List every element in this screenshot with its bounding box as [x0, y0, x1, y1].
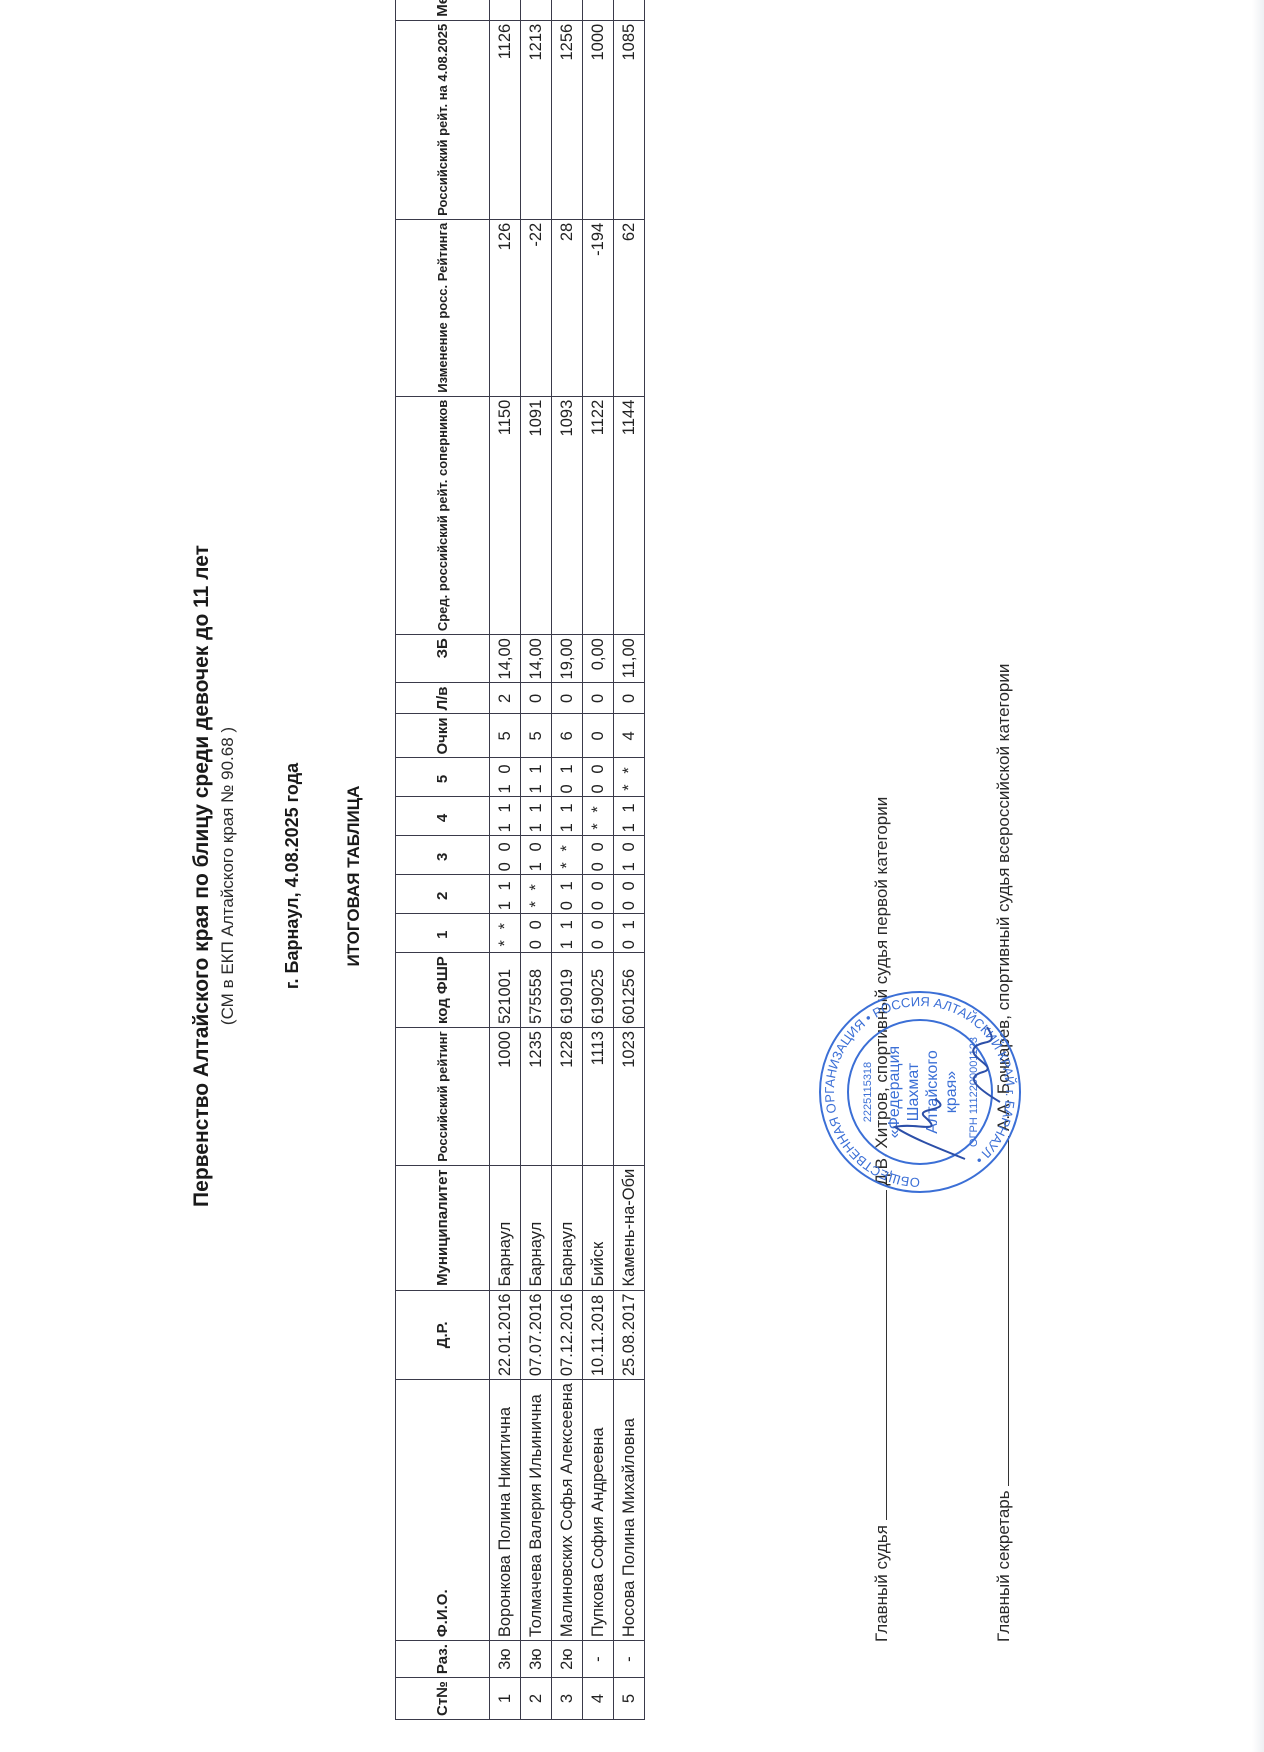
cell-points: 4	[614, 714, 645, 758]
cell-rank: 3ю	[521, 1641, 552, 1678]
cell-name: Пупкова София Андреевна	[583, 1380, 614, 1641]
table-row: 5-Носова Полина Михайловна25.08.2017Каме…	[614, 0, 645, 1720]
cell-round-5: 1 1	[521, 758, 552, 797]
cell-municipality: Барнаул	[552, 1165, 583, 1290]
cell-points: 5	[490, 714, 521, 758]
table-row: 13юВоронкова Полина Никитична22.01.2016Б…	[490, 0, 521, 1720]
cell-rus-rating: 1023	[614, 1028, 645, 1166]
table-row: 32юМалиновских Софья Алексеевна07.12.201…	[552, 0, 583, 1720]
cell-round-3: 0 0	[490, 836, 521, 875]
cell-zb: 19,00	[552, 635, 583, 683]
cell-avg-opponent-rating: 1091	[521, 396, 552, 634]
cell-round-4: 1 1	[614, 797, 645, 836]
cell-municipality: Барнаул	[521, 1165, 552, 1290]
cell-place: 2	[490, 0, 521, 20]
cell-name: Воронкова Полина Никитична	[490, 1380, 521, 1641]
table-row: 4-Пупкова София Андреевна10.11.2018Бийск…	[583, 0, 614, 1720]
stamp-center-line-1: «Федерация	[886, 1046, 903, 1138]
cell-birthdate: 22.01.2016	[490, 1290, 521, 1380]
cell-rating-change: -194	[583, 219, 614, 396]
cell-birthdate: 10.11.2018	[583, 1290, 614, 1380]
cell-birthdate: 07.07.2016	[521, 1290, 552, 1380]
cell-rank: -	[614, 1641, 645, 1678]
cell-zb: 14,00	[490, 635, 521, 683]
cell-rus-rating: 1228	[552, 1028, 583, 1166]
cell-round-5: * *	[614, 758, 645, 797]
col-header-num: Ст№	[396, 1678, 490, 1720]
cell-round-5: 1 0	[490, 758, 521, 797]
cell-num: 4	[583, 1678, 614, 1720]
results-table-body: 13юВоронкова Полина Никитична22.01.2016Б…	[490, 0, 645, 1720]
cell-round-2: * *	[521, 875, 552, 914]
cell-points: 6	[552, 714, 583, 758]
cell-round-3: 1 0	[521, 836, 552, 875]
cell-points: 0	[583, 714, 614, 758]
cell-avg-opponent-rating: 1144	[614, 396, 645, 634]
cell-lv: 2	[490, 683, 521, 714]
cell-num: 1	[490, 1678, 521, 1720]
cell-lv: 0	[552, 683, 583, 714]
col-header-new-rating: Российский рейт. на 4.08.2025	[396, 20, 490, 219]
col-header-round-5: 5	[396, 758, 490, 797]
cell-place: 1	[552, 0, 583, 20]
cell-place: 4	[614, 0, 645, 20]
col-header-municipality: Муниципалитет	[396, 1165, 490, 1290]
cell-round-2: 0 0	[614, 875, 645, 914]
cell-place: 5	[583, 0, 614, 20]
stamp-center-line-2: Шахмат	[905, 1062, 922, 1121]
col-header-lv: Л/в	[396, 683, 490, 714]
cell-rus-rating: 1000	[490, 1028, 521, 1166]
col-header-rank: Раз.	[396, 1641, 490, 1678]
organization-stamp: ОБЩЕСТВЕННАЯ ОРГАНИЗАЦИЯ • РОССИЯ АЛТАЙС…	[815, 987, 1025, 1197]
scan-edge-shadow	[1252, 0, 1264, 1752]
col-header-round-3: 3	[396, 836, 490, 875]
col-header-birthdate: Д.Р.	[396, 1290, 490, 1380]
place-and-date: г. Барнаул, 4.08.2025 года	[282, 0, 303, 1752]
chief-judge-label: Главный судья	[872, 1525, 891, 1642]
cell-points: 5	[521, 714, 552, 758]
cell-name: Толмачева Валерия Ильинична	[521, 1380, 552, 1641]
cell-round-4: * *	[583, 797, 614, 836]
col-header-place: Место	[396, 0, 490, 20]
cell-round-2: 0 1	[552, 875, 583, 914]
cell-rating-change: 126	[490, 219, 521, 396]
table-header-row: Ст№ Раз. Ф.И.О. Д.Р. Муниципалитет Росси…	[396, 0, 490, 1720]
cell-round-4: 1 1	[521, 797, 552, 836]
cell-avg-opponent-rating: 1093	[552, 396, 583, 634]
cell-place: 3	[521, 0, 552, 20]
cell-round-4: 1 1	[490, 797, 521, 836]
col-header-name: Ф.И.О.	[396, 1380, 490, 1641]
cell-fshr-code: 575558	[521, 953, 552, 1028]
scanned-document-page: Первенство Алтайского края по блицу сред…	[0, 0, 1264, 1752]
col-header-round-2: 2	[396, 875, 490, 914]
cell-avg-opponent-rating: 1150	[490, 396, 521, 634]
cell-round-2: 1 1	[490, 875, 521, 914]
col-header-points: Очки	[396, 714, 490, 758]
col-header-round-1: 1	[396, 914, 490, 953]
cell-round-3: 0 0	[583, 836, 614, 875]
cell-rus-rating: 1113	[583, 1028, 614, 1166]
cell-name: Малиновских Софья Алексеевна	[552, 1380, 583, 1641]
cell-rank: 3ю	[490, 1641, 521, 1678]
cell-round-1: 0 0	[521, 914, 552, 953]
cell-fshr-code: 619025	[583, 953, 614, 1028]
signature-line	[886, 1190, 887, 1520]
cell-municipality: Барнаул	[490, 1165, 521, 1290]
stamp-center-line-3: Алтайского	[924, 1050, 941, 1134]
results-table: Ст№ Раз. Ф.И.О. Д.Р. Муниципалитет Росси…	[395, 0, 645, 1720]
cell-round-1: 1 1	[552, 914, 583, 953]
cell-num: 5	[614, 1678, 645, 1720]
cell-birthdate: 07.12.2016	[552, 1290, 583, 1380]
col-header-rating-change: Изменение росс. Рейтинга	[396, 219, 490, 396]
cell-round-1: 0 0	[583, 914, 614, 953]
cell-municipality: Камень-на-Оби	[614, 1165, 645, 1290]
col-header-rus-rating: Российский рейтинг	[396, 1028, 490, 1166]
cell-num: 3	[552, 1678, 583, 1720]
cell-num: 2	[521, 1678, 552, 1720]
cell-municipality: Бийск	[583, 1165, 614, 1290]
cell-fshr-code: 521001	[490, 953, 521, 1028]
col-header-round-4: 4	[396, 797, 490, 836]
cell-round-1: * *	[490, 914, 521, 953]
cell-lv: 0	[521, 683, 552, 714]
cell-round-2: 0 0	[583, 875, 614, 914]
col-header-zb: ЗБ	[396, 635, 490, 683]
cell-birthdate: 25.08.2017	[614, 1290, 645, 1380]
cell-new-rating: 1213	[521, 20, 552, 219]
cell-round-3: 1 0	[614, 836, 645, 875]
cell-new-rating: 1000	[583, 20, 614, 219]
cell-new-rating: 1256	[552, 20, 583, 219]
chief-judge-signature: Главный судья Д.В. Хитров, спортивный су…	[872, 797, 892, 1642]
cell-rating-change: 62	[614, 219, 645, 396]
col-header-fshr-code: код ФШР	[396, 953, 490, 1028]
table-row: 23юТолмачева Валерия Ильинична07.07.2016…	[521, 0, 552, 1720]
cell-new-rating: 1085	[614, 20, 645, 219]
cell-round-5: 0 1	[552, 758, 583, 797]
cell-zb: 11,00	[614, 635, 645, 683]
table-title: ИТОГОВАЯ ТАБЛИЦА	[344, 0, 364, 1752]
cell-round-3: * *	[552, 836, 583, 875]
cell-rating-change: 28	[552, 219, 583, 396]
cell-rus-rating: 1235	[521, 1028, 552, 1166]
stamp-inn: 2225115318	[862, 1062, 874, 1122]
document-title: Первенство Алтайского края по блицу сред…	[190, 0, 214, 1752]
stamp-center-line-4: края»	[943, 1071, 960, 1113]
col-header-avg-opponent-rating: Сред. российский рейт. соперников	[396, 396, 490, 634]
cell-name: Носова Полина Михайловна	[614, 1380, 645, 1641]
cell-lv: 0	[614, 683, 645, 714]
cell-avg-opponent-rating: 1122	[583, 396, 614, 634]
cell-round-1: 0 1	[614, 914, 645, 953]
cell-zb: 14,00	[521, 635, 552, 683]
cell-rank: 2ю	[552, 1641, 583, 1678]
cell-zb: 0,00	[583, 635, 614, 683]
document-subtitle: (СМ в ЕКП Алтайского края № 90.68 )	[218, 0, 238, 1752]
chief-secretary-label: Главный секретарь	[994, 1490, 1013, 1642]
cell-fshr-code: 601256	[614, 953, 645, 1028]
cell-round-5: 0 0	[583, 758, 614, 797]
cell-fshr-code: 619019	[552, 953, 583, 1028]
cell-round-4: 1 1	[552, 797, 583, 836]
cell-rank: -	[583, 1641, 614, 1678]
cell-new-rating: 1126	[490, 20, 521, 219]
cell-rating-change: -22	[521, 219, 552, 396]
cell-lv: 0	[583, 683, 614, 714]
